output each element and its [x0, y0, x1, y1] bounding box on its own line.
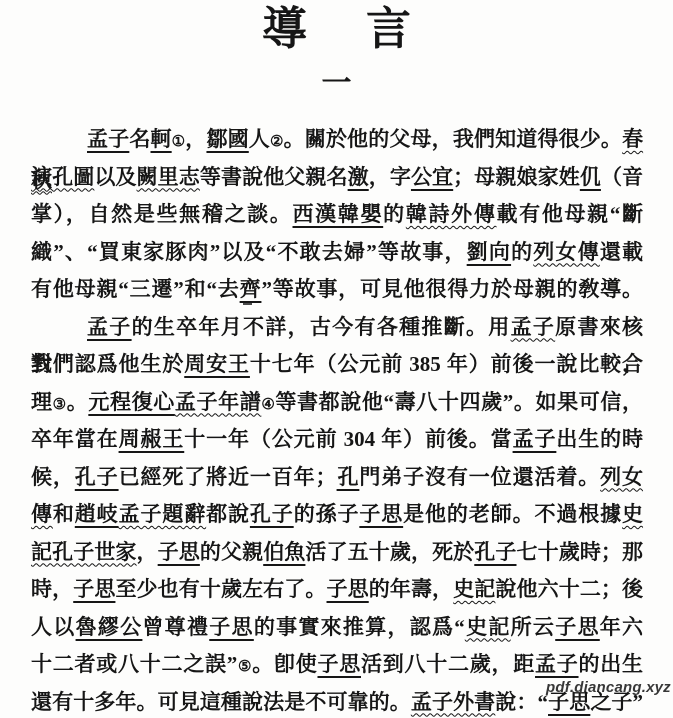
footnote-ref: ② — [270, 134, 284, 150]
text-run: 說他六十二；後 — [495, 577, 643, 601]
text-run: 所云 — [511, 615, 556, 639]
text-run: （音 — [601, 165, 643, 189]
book-title-underline: 演孔圖 — [31, 165, 94, 189]
text-line: 記孔子世家，子思的父親伯魚活了五十歲，死於孔子七十歲時；那 — [31, 534, 643, 572]
proper-name-underline: 孔 — [337, 465, 360, 489]
proper-name-underline: 激 — [348, 165, 369, 189]
text-run: 說：“ — [495, 690, 548, 714]
text-run: 是他的老師。不過根據 — [403, 502, 622, 526]
page-title: 導 言 — [0, 4, 673, 54]
text-run: 年六 — [600, 615, 643, 639]
text-run: 以及 — [94, 165, 136, 189]
book-title-underline: 孟子外書 — [411, 690, 495, 714]
footnote-ref: ③ — [53, 397, 67, 413]
text-run: 的 — [383, 202, 406, 226]
text-run: 有他母親“三遷”和“去 — [31, 277, 240, 301]
book-title-underline: 記孔子世家 — [31, 540, 137, 564]
text-run: 的孫子 — [294, 502, 360, 526]
text-run: 七十歲時；那 — [517, 540, 644, 564]
text-run: 人以 — [31, 615, 76, 639]
text-run: 的父親 — [200, 540, 263, 564]
proper-name-underline: 子思 — [209, 615, 254, 639]
proper-name-underline: 仉 — [580, 165, 601, 189]
text-line: 孟子名軻①，鄒國人②。關於他的父母，我們知道得很少。春秋 — [31, 121, 643, 159]
text-line: 我們認爲他生於周安王十七年（公元前 385 年）前後一說比較合 — [31, 346, 643, 384]
footnote-ref: ① — [172, 134, 186, 150]
proper-name-underline: 軻 — [151, 127, 172, 151]
text-run: 活到八十二歲，距 — [361, 652, 535, 676]
text-run: 門弟子沒有一位還活着。 — [359, 465, 600, 489]
text-run: ”等故事，可見他很得力於母親的敎導。 — [261, 277, 643, 301]
proper-name-underline: 孟子 — [87, 127, 129, 151]
proper-name-underline: 孟子 — [535, 652, 579, 676]
text-run: 曾尊禮 — [142, 615, 209, 639]
proper-name-underline: 元程復心 — [88, 390, 175, 414]
text-run: 人②。關於他的父母，我們知道得很少。 — [249, 127, 622, 151]
text-run: 還載 — [600, 240, 643, 264]
proper-name-underline: 魯繆公 — [76, 615, 143, 639]
text-run: 出生的時 — [556, 427, 643, 451]
text-line: 理③。元程復心孟子年譜④等書都說他“壽八十四歲”。如果可信， — [31, 384, 643, 422]
text-line: 候，孔子已經死了將近一百年；孔門弟子沒有一位還活着。列女 — [31, 459, 643, 497]
book-title-underline: 史 — [622, 502, 643, 526]
proper-name-underline: 子思 — [327, 577, 369, 601]
text-line: 掌），自然是些無稽之談。西漢韓嬰的韓詩外傳載有他母親“斷 — [31, 196, 643, 234]
section-number: 一 — [0, 66, 673, 102]
book-title-underline: 列女 — [600, 465, 643, 489]
text-run: 已經死了將近一百年； — [119, 465, 337, 489]
proper-name-underline: 趙岐 — [75, 502, 119, 526]
text-run: 名 — [129, 127, 150, 151]
text-run: 的事實來推算，認爲“ — [254, 615, 465, 639]
text-run: 活了五十歲，死於 — [305, 540, 474, 564]
proper-name-underline: 鄒國 — [206, 127, 248, 151]
text-line: 十二者或八十二之誤”⑤。卽使子思活到八十二歲，距孟子的出生 — [31, 646, 643, 684]
proper-name-underline: 周安王 — [184, 352, 250, 376]
text-line: 傳和趙岐孟子題辭都說孔子的孫子子思是他的老師。不過根據史 — [31, 496, 643, 534]
proper-name-underline: 周赧王 — [119, 427, 185, 451]
text-line: 有他母親“三遷”和“去齊”等故事，可見他很得力於母親的敎導。 — [31, 271, 643, 309]
text-line: 演孔圖以及闕里志等書說他父親名激，字公宜；母親娘家姓仉（音 — [31, 159, 643, 197]
proper-name-underline: 子思 — [73, 577, 115, 601]
proper-name-underline: 劉向 — [467, 240, 511, 264]
proper-name-underline: 孔子 — [250, 502, 294, 526]
scan-artifact — [243, 303, 252, 305]
text-run: 都說 — [206, 502, 250, 526]
text-run: ①， — [172, 127, 207, 151]
book-title-underline: 闕里志 — [137, 165, 200, 189]
proper-name-underline: 子思 — [317, 652, 361, 676]
text-line: 時，子思至少也有十歲左右了。子思的年壽，史記說他六十二；後 — [31, 571, 643, 609]
text-run: 織”、“買東家豚肉”以及“不敢去婦”等故事， — [31, 240, 467, 264]
book-title-underline: 列女傳 — [533, 240, 600, 264]
footnote-ref: ⑤ — [237, 659, 252, 675]
text-run: 的 — [511, 240, 533, 264]
proper-name-underline: 公宜 — [411, 165, 453, 189]
proper-name-underline: 子思 — [359, 502, 403, 526]
text-run: 的年壽， — [369, 577, 453, 601]
proper-name-underline: 孔子 — [75, 465, 119, 489]
proper-name-underline: 孟子 — [513, 427, 557, 451]
text-run: 十一年（公元前 304 年）前後。當 — [184, 427, 512, 451]
text-line: 織”、“買東家豚肉”以及“不敢去婦”等故事，劉向的列女傳還載 — [31, 234, 643, 272]
book-title-underline: 韓詩外傳 — [406, 202, 497, 226]
text-run: 理③。 — [31, 390, 88, 414]
book-title-underline: 孟子 — [511, 315, 556, 339]
proper-name-underline: 孟子 — [87, 315, 132, 339]
text-line: 卒年當在周赧王十一年（公元前 304 年）前後。當孟子出生的時 — [31, 421, 643, 459]
text-run: 十二者或八十二之誤”⑤。卽使 — [31, 652, 317, 676]
proper-name-underline: 西漢韓嬰 — [293, 202, 384, 226]
text-run: ， — [137, 540, 158, 564]
text-run: 還有十多年。可見這種說法是不可靠的。 — [31, 690, 411, 714]
book-title-underline: 傳 — [31, 502, 53, 526]
watermark: pdf.diancang.xyz — [546, 679, 671, 696]
text-run: 和 — [53, 502, 75, 526]
text-run: 的出生 — [579, 652, 644, 676]
text-run: 至少也有十歲左右了。 — [115, 577, 326, 601]
proper-name-underline: 孔子 — [474, 540, 516, 564]
text-run: 十七年（公元前 385 年）前後一說比較合 — [250, 352, 643, 376]
text-run: 卒年當在 — [31, 427, 119, 451]
text-line: 孟子的生卒年月不詳，古今有各種推斷。用孟子原書來核對， — [31, 309, 643, 347]
book-title-underline: 孟子題辭 — [119, 502, 207, 526]
book-title-underline: 史記 — [465, 615, 511, 639]
book-title-underline: 孟子年譜 — [175, 390, 262, 414]
proper-name-underline: 子思 — [158, 540, 200, 564]
book-title-underline: 史記 — [453, 577, 495, 601]
body-text: 孟子名軻①，鄒國人②。關於他的父母，我們知道得很少。春秋演孔圖以及闕里志等書說他… — [31, 121, 643, 718]
text-run: 我們認爲他生於 — [31, 352, 184, 376]
text-run: 載有他母親“斷 — [497, 202, 644, 226]
proper-name-underline: 伯魚 — [263, 540, 305, 564]
text-run: 候， — [31, 465, 75, 489]
text-run: 等書說他父親名 — [200, 165, 348, 189]
proper-name-underline: 子思 — [555, 615, 600, 639]
text-run: ④等書都說他“壽八十四歲”。如果可信， — [261, 390, 643, 414]
text-line: 人以魯繆公曾尊禮子思的事實來推算，認爲“史記所云子思年六 — [31, 609, 643, 647]
text-run: 掌），自然是些無稽之談。 — [31, 202, 293, 226]
text-run: ，字 — [369, 165, 411, 189]
text-run: 時， — [31, 577, 73, 601]
footnote-ref: ④ — [261, 397, 275, 413]
text-run: ；母親娘家姓 — [453, 165, 580, 189]
scanned-book-page: 導 言 一 孟子名軻①，鄒國人②。關於他的父母，我們知道得很少。春秋演孔圖以及闕… — [0, 0, 673, 718]
proper-name-underline: 齊 — [240, 277, 262, 301]
text-run: 的生卒年月不詳，古今有各種推斷。用 — [132, 315, 511, 339]
